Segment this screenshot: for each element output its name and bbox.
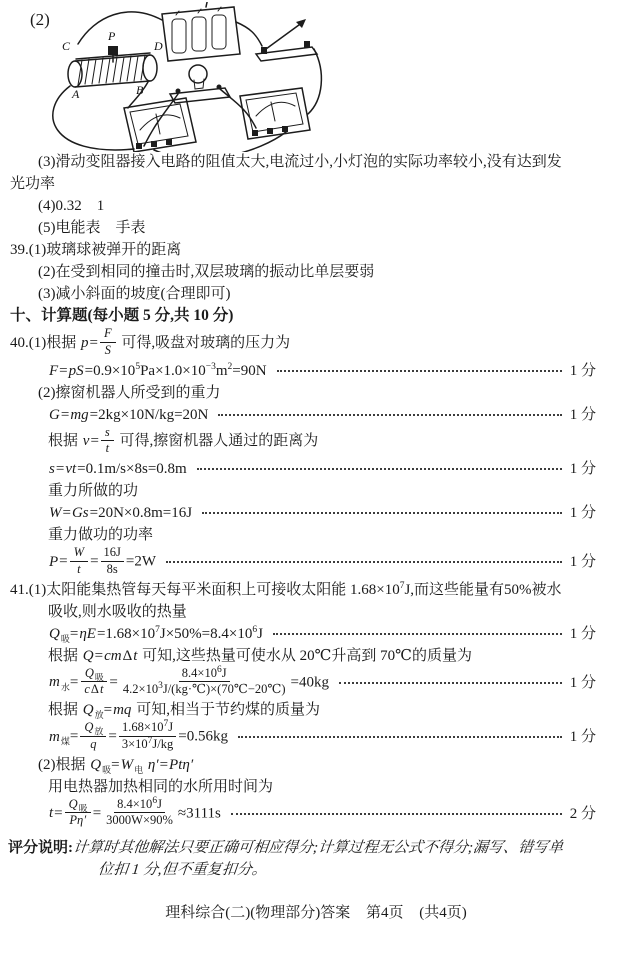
text-run: 3000W×90% [106,813,173,827]
text-run: = [56,461,64,477]
text-run: = [90,554,98,570]
line-text: (4)0.32 1 [38,198,104,214]
score-label: 2 分 [570,804,596,824]
text-run: 8s [107,562,118,576]
variable: Q [83,648,94,664]
text-run: Δ [123,648,133,664]
line-text: (3)滑动变阻器接入电路的阻值太大,电流过小,小灯泡的实际功率较小,没有达到发 [38,154,562,170]
line-text: 用电热器加热相同的水所用时间为 [48,779,273,795]
text-run: 可知,相当于节约煤的质量为 [132,702,320,718]
answer-line: (2)在受到相同的撞击时,双层玻璃的振动比单层要弱 [8,262,624,282]
answer-line: (4)0.32 1 [8,196,624,216]
line-text: (5)电能表 手表 [38,220,146,236]
line-text: G=mg=2kg×10N/kg=20N [48,405,208,425]
text-run: =0.1m/s×8s=0.8m [77,461,187,477]
text-run: 水 [61,682,70,692]
fraction: Q吸Pη′ [65,798,91,829]
variable: Q [84,720,93,734]
text-run: = [111,757,119,773]
line-text: t=Q吸Pη′=8.4×106J3000W×90%≈3111s [48,799,221,830]
text-run: (2)在受到相同的撞击时,双层玻璃的振动比单层要弱 [38,264,374,280]
answer-line: 根据 Q=cmΔt 可知,这些热量可使水从 20℃升高到 70℃的质量为 [8,646,624,666]
text-run: (2)根据 [38,757,89,773]
text-run: 16J [104,545,121,559]
variable: P [49,554,58,570]
variable: Q [90,757,101,773]
variable: Q [83,702,94,718]
voltmeter-illustration [124,98,196,152]
text-run: J/(kg·℃)×(70℃−20℃) [163,682,286,696]
battery-illustration [162,2,240,61]
answer-line: (2)擦窗机器人所受到的重力 [8,383,624,403]
text-run: J [222,666,227,680]
rheostat-label-d: D [153,39,163,53]
line-text: 重力所做的功 [48,483,138,499]
variable: Ptη [169,757,190,773]
text-run: (2)擦窗机器人所受到的重力 [38,385,221,401]
variable: s [49,461,55,477]
text-run: 放 [95,710,104,720]
text-run: = [63,505,71,521]
answer-line: P=Wt=16J8s=2W1 分 [8,547,624,578]
answer-line: m水=Q吸cΔt=8.4×106J4.2×103J/(kg·℃)×(70℃−20… [8,668,624,699]
text-run: =40kg [291,674,329,690]
fraction: FS [100,327,116,358]
line-text: s=vt=0.1m/s×8s=0.8m [48,459,187,479]
answer-line: F=pS=0.9×105Pa×1.0×10−3m2=90N1 分 [8,361,624,381]
text-run: = [93,805,101,821]
rheostat-illustration: C P D A B [62,29,163,101]
text-run: 可知,这些热量可使水从 20℃升高到 70℃的质量为 [138,648,472,664]
dot-leader [166,561,562,563]
variable: t [49,805,53,821]
text-run: = [90,335,98,351]
dot-leader [238,736,562,738]
line-text: Q吸=ηE=1.68×107J×50%=8.4×106J [48,624,263,644]
line-text: 39.(1)玻璃球被弹开的距离 [10,242,181,258]
text-run: 煤 [61,737,70,747]
answer-line: (2)根据 Q吸=W电 η′=Ptη′ [8,755,624,775]
line-text: 吸收,则水吸收的热量 [48,604,187,620]
text-run: = [104,702,112,718]
grading-label: 评分说明: [8,837,73,859]
variable: Gs [72,505,89,521]
dot-leader [218,414,561,416]
text-run: 用电热器加热相同的水所用时间为 [48,779,273,795]
text-run: 根据 [48,433,82,449]
dot-leader [197,468,562,470]
footer-title: 理科综合(二)(物理部分)答案 [165,905,350,921]
text-run: 重力做功的功率 [48,527,153,543]
text-run: = [108,729,116,745]
text-run: J [168,720,173,734]
dot-leader [231,813,562,815]
text-run: ′ [84,813,87,827]
circuit-figure: (2) [8,2,624,150]
line-text: 40.(1)根据 p=FS 可得,吸盘对玻璃的压力为 [10,335,290,351]
line-text: (2)在受到相同的撞击时,双层玻璃的振动比单层要弱 [38,264,374,280]
variable: ηE [79,626,96,642]
text-run: =90N [232,363,266,379]
variable: η [148,757,155,773]
text-run: =2W [126,554,156,570]
line-text: W=Gs=20N×0.8m=16J [48,503,192,523]
fraction: st [101,426,114,457]
variable: Q [69,797,78,811]
line-text: P=Wt=16J8s=2W [48,547,156,578]
variable: v [83,433,90,449]
answer-line: (5)电能表 手表 [8,218,624,238]
variable: t [133,648,137,664]
text-run: Pa×1.0×10 [140,363,206,379]
answer-line: W=Gs=20N×0.8m=16J1 分 [8,503,624,523]
answer-line: Q吸=ηE=1.68×107J×50%=8.4×106J1 分 [8,624,624,644]
fraction: 8.4×106J3000W×90% [103,798,176,829]
answer-lines: (3)滑动变阻器接入电路的阻值太大,电流过小,小灯泡的实际功率较小,没有达到发光… [8,152,624,829]
text-run: = [54,805,62,821]
dot-leader [202,512,562,514]
line-text: (2)根据 Q吸=W电 η′=Ptη′ [38,757,194,773]
line-text: 十、计算题(每小题 5 分,共 10 分) [10,307,233,324]
text-run: =2kg×10N/kg=20N [90,407,209,423]
variable: t [77,562,80,576]
score-label: 1 分 [570,727,596,747]
text-run: 1.68×10 [122,720,163,734]
line-text: 41.(1)太阳能集热管每天每平米面积上可接收太阳能 1.68×107J,而这些… [10,582,562,598]
dot-leader [339,682,562,684]
variable: W [121,757,134,773]
answer-line: 根据 v=st 可得,擦窗机器人通过的距离为 [8,427,624,458]
variable: cm [104,648,122,664]
score-label: 1 分 [570,503,596,523]
rheostat-label-a: A [71,87,80,101]
score-label: 1 分 [570,552,596,572]
text-run: 电 [134,765,143,775]
text-run: =0.56kg [178,729,228,745]
score-label: 1 分 [570,624,596,644]
score-label: 1 分 [570,673,596,693]
text-run: =1.68×10 [97,626,155,642]
answer-line: s=vt=0.1m/s×8s=0.8m1 分 [8,459,624,479]
text-run: ′= [156,757,168,773]
text-run: 41.(1)太阳能集热管每天每平米面积上可接收太阳能 1.68×10 [10,582,400,598]
text-run: Δ [91,682,99,696]
dot-leader [273,633,562,635]
answer-line: 光功率 [8,174,624,194]
answer-line: (3)减小斜面的坡度(合理即可) [8,284,624,304]
text-run: J [257,626,263,642]
line-text: m水=Q吸cΔt=8.4×106J4.2×103J/(kg·℃)×(70℃−20… [48,668,329,699]
answer-line: 40.(1)根据 p=FS 可得,吸盘对玻璃的压力为 [8,328,624,359]
line-text: (3)减小斜面的坡度(合理即可) [38,286,230,302]
text-run: J,而这些能量有50%被水 [404,582,561,598]
text-run: J [157,797,162,811]
footer-page-number: 第4页 [366,905,404,921]
score-label: 1 分 [570,405,596,425]
rheostat-label-p: P [107,29,116,43]
fraction: 16J8s [101,546,124,577]
variable: c [84,682,90,696]
answer-line: t=Q吸Pη′=8.4×106J3000W×90%≈3111s2 分 [8,799,624,830]
variable: mg [70,407,88,423]
text-run: 吸收,则水吸收的热量 [48,604,187,620]
line-text: 根据 Q=cmΔt 可知,这些热量可使水从 20℃升高到 70℃的质量为 [48,648,472,664]
answer-line: 重力做功的功率 [8,525,624,545]
text-run: 4.2×10 [123,682,158,696]
answer-line: 吸收,则水吸收的热量 [8,602,624,622]
text-run: 根据 [48,702,82,718]
text-run: = [70,674,78,690]
fraction: 8.4×106J4.2×103J/(kg·℃)×(70℃−20℃) [120,667,289,698]
text-run: 十、计算题(每小题 5 分,共 10 分) [10,307,233,324]
text-run: = [70,729,78,745]
text-run: J×50%=8.4×10 [160,626,252,642]
variable: s [105,425,110,439]
fraction: 1.68×107J3×107J/kg [119,721,176,752]
answer-line: 用电热器加热相同的水所用时间为 [8,777,624,797]
answer-line: (3)滑动变阻器接入电路的阻值太大,电流过小,小灯泡的实际功率较小,没有达到发 [8,152,624,172]
variable: Q [49,626,60,642]
answer-line: 根据 Q放=mq 可知,相当于节约煤的质量为 [8,700,624,720]
text-run [143,757,147,773]
dot-leader [277,370,562,372]
answer-line: m煤=Q放q=1.68×107J3×107J/kg=0.56kg1 分 [8,722,624,753]
text-run: 吸 [95,672,104,682]
text-run: (3)滑动变阻器接入电路的阻值太大,电流过小,小灯泡的实际功率较小,没有达到发 [38,154,562,170]
text-run: m [216,363,228,379]
fraction: Wt [70,546,88,577]
text-run: 放 [94,727,103,737]
grading-line1: 计算时其他解法只要正确可相应得分;计算过程无公式不得分;漏写、错写单 [72,837,564,859]
footer-page-total: (共4页) [419,905,467,921]
variable: Pη [69,813,83,827]
grading-line2: 位扣 1 分,但不重复扣分。 [97,859,268,881]
variable: t [106,441,109,455]
rheostat-label-c: C [62,39,71,53]
fraction: Q吸cΔt [80,667,107,698]
line-text: 光功率 [10,176,55,192]
grading-note: 评分说明: 计算时其他解法只要正确可相应得分;计算过程无公式不得分;漏写、错写单… [8,837,624,881]
text-run: 吸 [102,765,111,775]
text-run: (3)减小斜面的坡度(合理即可) [38,286,230,302]
text-run: = [61,407,69,423]
answer-line: 41.(1)太阳能集热管每天每平米面积上可接收太阳能 1.68×107J,而这些… [8,580,624,600]
variable: W [74,545,84,559]
text-run: 可得,擦窗机器人通过的距离为 [116,433,319,449]
answer-line: 39.(1)玻璃球被弹开的距离 [8,240,624,260]
variable: q [90,737,96,751]
text-run: (5)电能表 手表 [38,220,146,236]
line-text: m煤=Q放q=1.68×107J3×107J/kg=0.56kg [48,722,228,753]
line-text: F=pS=0.9×105Pa×1.0×10−3m2=90N [48,361,267,381]
variable: m [49,674,60,690]
bulb-illustration [170,65,230,103]
text-run: 光功率 [10,176,55,192]
variable: mq [113,702,131,718]
ammeter-illustration [240,88,310,139]
circuit-illustration: C P D A B [20,2,330,152]
text-run: =20N×0.8m=16J [90,505,192,521]
score-label: 1 分 [570,361,596,381]
text-run: = [95,648,103,664]
variable: vt [65,461,76,477]
text-run: 吸 [79,803,88,813]
variable: S [105,343,111,357]
fraction: Q放q [80,721,106,752]
text-run: 重力所做的功 [48,483,138,499]
text-run: (4)0.32 1 [38,198,104,214]
variable: t [100,682,103,696]
text-run: = [59,554,67,570]
line-text: 重力做功的功率 [48,527,153,543]
variable: G [49,407,60,423]
variable: F [104,326,112,340]
line-text: 根据 v=st 可得,擦窗机器人通过的距离为 [48,433,318,449]
variable: F [49,363,58,379]
text-run: = [90,433,98,449]
page-footer: 理科综合(二)(物理部分)答案 第4页 (共4页) [8,901,624,922]
text-run: = [70,626,78,642]
variable: p [81,335,89,351]
answer-line: 重力所做的功 [8,481,624,501]
text-run: J/kg [152,737,173,751]
variable: Q [85,666,94,680]
text-run: ′ [191,757,194,773]
score-label: 1 分 [570,459,596,479]
variable: m [49,729,60,745]
text-run: 8.4×10 [117,797,152,811]
answer-line: G=mg=2kg×10N/kg=20N1 分 [8,405,624,425]
text-run: 40.(1)根据 [10,335,80,351]
line-text: (2)擦窗机器人所受到的重力 [38,385,221,401]
answer-line: 十、计算题(每小题 5 分,共 10 分) [8,306,624,326]
text-run: 8.4×10 [182,666,217,680]
text-run: = [109,674,117,690]
text-run: = [59,363,67,379]
text-run: ≈3111s [178,805,221,821]
variable: W [49,505,62,521]
text-run: 根据 [48,648,82,664]
line-text: 根据 Q放=mq 可知,相当于节约煤的质量为 [48,702,320,718]
answer-sheet-page: (2) [0,0,630,922]
text-run: −3 [206,362,216,372]
text-run: 3×10 [122,737,148,751]
text-run: 39.(1)玻璃球被弹开的距离 [10,242,181,258]
text-run: 吸 [61,634,70,644]
text-run: =0.9×10 [85,363,136,379]
text-run: 可得,吸盘对玻璃的压力为 [118,335,291,351]
variable: pS [69,363,84,379]
switch-illustration [256,19,317,61]
